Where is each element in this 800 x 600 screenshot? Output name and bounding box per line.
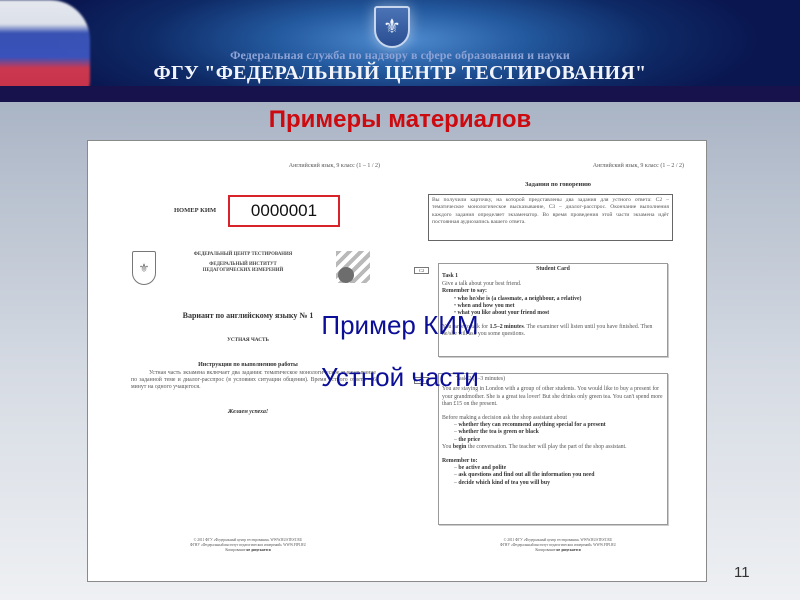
right-page: Английский язык, 9 класс (1 – 2 / 2) Зад… — [408, 141, 708, 581]
bullet-text: who he/she is (a classmate, a neighbour,… — [457, 296, 581, 302]
student-card-2: Task 2 (2–3 minutes) You are staying in … — [438, 373, 668, 525]
crest-icon: ⚜ — [132, 251, 156, 285]
card-decision-intro: Before making a decision ask the shop as… — [442, 415, 664, 422]
footer-line: Копирование не допускается — [88, 548, 408, 553]
footer-bold: не допускается — [556, 548, 580, 552]
card-prompt: Give a talk about your best friend. — [442, 281, 664, 288]
card-task: Task 1 — [442, 273, 458, 279]
header-banner: ⚜ Федеральная служба по надзору в сфере … — [0, 0, 800, 102]
page-footer: © 2011 ФГУ «Федеральный центр тестирован… — [88, 538, 408, 553]
left-page: Английский язык, 9 класс (1 – 1 / 2) НОМ… — [88, 141, 408, 581]
document-image: Английский язык, 9 класс (1 – 1 / 2) НОМ… — [87, 140, 707, 582]
remember-list: – be active and polite – ask questions a… — [454, 465, 664, 487]
banner-bottom-strip — [0, 86, 800, 102]
card-begin-instruction: You begin the conversation. The teacher … — [442, 444, 664, 451]
running-head: Английский язык, 9 класс (1 – 2 / 2) — [593, 163, 684, 169]
speaking-tasks-heading: Задания по говорению — [408, 181, 708, 188]
banner-subtitle: Федеральная служба по надзору в сфере об… — [0, 48, 800, 63]
begin-bold: begin — [453, 444, 467, 450]
slide-number: 11 — [734, 564, 750, 581]
item-text: the price — [458, 437, 480, 443]
footer-bold: не допускается — [246, 548, 270, 552]
list-item: – whether the tea is green or black — [454, 429, 664, 436]
intro-box: Вы получили карточку, на которой предста… — [428, 194, 673, 241]
bullet-text: when and how you met — [457, 303, 514, 309]
org-line-2: ФЕДЕРАЛЬНЫЙ ИНСТИТУТ ПЕДАГОГИЧЕСКИХ ИЗМЕ… — [168, 262, 318, 274]
org-line-2b: ПЕДАГОГИЧЕСКИХ ИЗМЕРЕНИЙ — [168, 268, 318, 274]
decision-list: – whether they can recommend anything sp… — [454, 422, 664, 444]
slide-title: Примеры материалов — [0, 106, 800, 134]
card-remember-label: Remember to say: — [442, 288, 487, 294]
footer-line: Копирование не допускается — [408, 548, 708, 553]
item-text: whether they can recommend anything spec… — [458, 422, 605, 428]
item-text: decide which kind of tea you will buy — [458, 480, 550, 486]
overlay-caption-line-1: Пример КИМ — [0, 310, 800, 341]
banner-title: ФГУ "ФЕДЕРАЛЬНЫЙ ЦЕНТР ТЕСТИРОВАНИЯ" — [0, 62, 800, 85]
running-head: Английский язык, 9 класс (1 – 1 / 2) — [289, 163, 380, 169]
item-text: whether the tea is green or black — [458, 429, 539, 435]
card-title: Student Card — [442, 266, 664, 273]
list-item: – whether they can recommend anything sp… — [454, 422, 664, 429]
footer-text: Копирование — [225, 548, 245, 552]
fipi-logo-dot — [338, 267, 354, 283]
footer-text: Копирование — [535, 548, 555, 552]
item-text: be active and polite — [458, 465, 506, 471]
list-item: – decide which kind of tea you will buy — [454, 480, 664, 487]
begin-post: the conversation. The teacher will play … — [466, 444, 626, 450]
overlay-caption-line-2: Устной части — [0, 362, 800, 393]
kim-label: НОМЕР КИМ — [174, 207, 216, 214]
list-item: – be active and polite — [454, 465, 664, 472]
begin-pre: You — [442, 444, 453, 450]
emblem-icon: ⚜ — [374, 6, 410, 48]
org-line-1: ФЕДЕРАЛЬНЫЙ ЦЕНТР ТЕСТИРОВАНИЯ — [168, 252, 318, 257]
card-remember-label: Remember to: — [442, 458, 477, 464]
page-footer: © 2011 ФГУ «Федеральный центр тестирован… — [408, 538, 708, 553]
item-text: ask questions and find out all the infor… — [458, 472, 594, 478]
kim-number: 0000001 — [228, 195, 340, 227]
wish-text: Желаем успеха! — [88, 409, 408, 415]
task-tag-c2: C2 — [414, 267, 429, 274]
list-item: • who he/she is (a classmate, a neighbou… — [454, 296, 664, 303]
list-item: – ask questions and find out all the inf… — [454, 472, 664, 479]
